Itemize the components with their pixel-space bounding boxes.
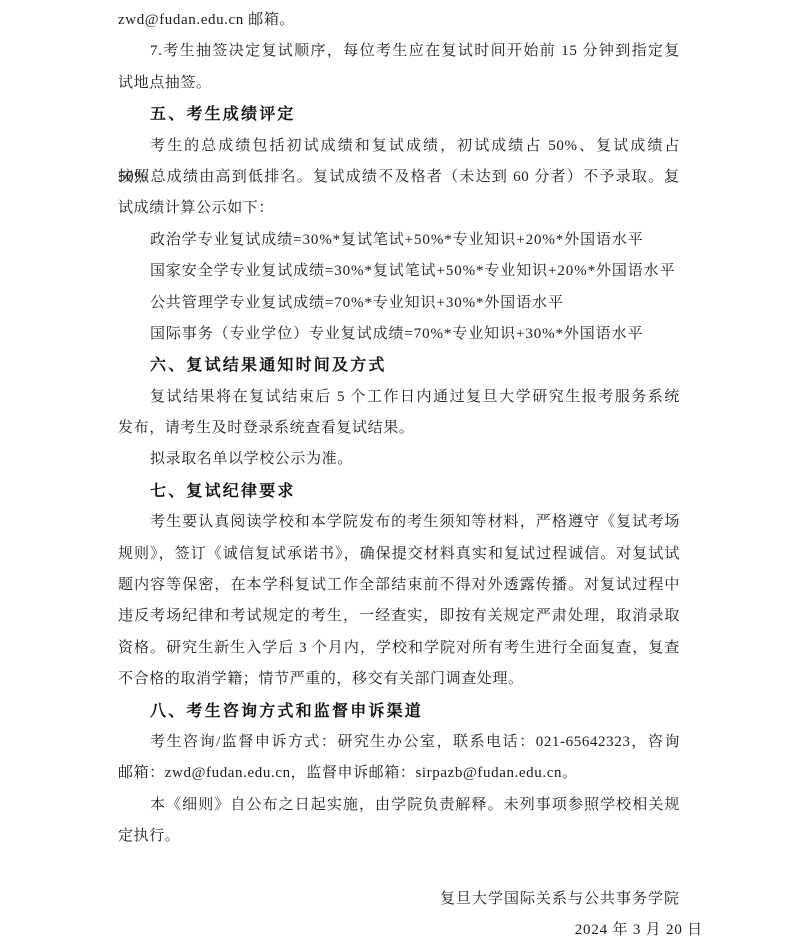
document-page: zwd@fudan.edu.cn 邮箱。 7.考生抽签决定复试顺序，每位考生应在… (0, 0, 799, 951)
paragraph-line: 考生要认真阅读学校和本学院发布的考生须知等材料，严格遵守《复试考场 (118, 507, 680, 538)
paragraph-line: 题内容等保密，在本学科复试工作全部结束前不得对外透露传播。对复试过程中 (118, 570, 680, 601)
paragraph-continuation-line: 不合格的取消学籍；情节严重的，移交有关部门调查处理。 (118, 664, 680, 695)
paragraph-continuation-line: 定执行。 (118, 821, 680, 852)
paragraph-line: 拟录取名单以学校公示为准。 (118, 444, 680, 475)
paragraph-line: 资格。研究生新生入学后 3 个月内，学校和学院对所有考生进行全面复查，复查 (118, 633, 680, 664)
paragraph-line: 考生的总成绩包括初试成绩和复试成绩，初试成绩占 50%、复试成绩占 50%。 (118, 131, 680, 162)
contact-emails-line: 邮箱：zwd@fudan.edu.cn，监督申诉邮箱：sirpazb@fudan… (118, 758, 680, 789)
paragraph-continuation-line: 发布，请考生及时登录系统查看复试结果。 (118, 413, 680, 444)
paragraph-continuation-line: 试成绩计算公示如下： (118, 193, 680, 224)
heading-section-8: 八、考生咨询方式和监督申诉渠道 (118, 696, 712, 727)
paragraph-line: 规则》，签订《诚信复试承诺书》，确保提交材料真实和复试过程诚信。对复试试 (118, 539, 680, 570)
paragraph-continuation-line: zwd@fudan.edu.cn 邮箱。 (118, 5, 680, 36)
formula-national-security: 国家安全学专业复试成绩=30%*复试笔试+50%*专业知识+20%*外国语水平 (118, 256, 680, 287)
formula-politics: 政治学专业复试成绩=30%*复试笔试+50%*专业知识+20%*外国语水平 (118, 225, 680, 256)
paragraph-continuation-line: 试地点抽签。 (118, 68, 680, 99)
heading-section-6: 六、复试结果通知时间及方式 (118, 350, 712, 381)
paragraph-line: 本《细则》自公布之日起实施，由学院负责解释。未列事项参照学校相关规 (118, 790, 680, 821)
formula-international-affairs: 国际事务（专业学位）专业复试成绩=70%*专业知识+30%*外国语水平 (118, 319, 680, 350)
heading-section-7: 七、复试纪律要求 (118, 476, 712, 507)
signature-organization: 复旦大学国际关系与公共事务学院 (118, 884, 680, 915)
heading-section-5: 五、考生成绩评定 (118, 99, 712, 130)
paragraph-line: 7.考生抽签决定复试顺序，每位考生应在复试时间开始前 15 分钟到指定复 (118, 36, 680, 67)
signature-date: 2024 年 3 月 20 日 (118, 915, 703, 946)
formula-public-admin: 公共管理学专业复试成绩=70%*专业知识+30%*外国语水平 (118, 288, 680, 319)
paragraph-line: 复试结果将在复试结束后 5 个工作日内通过复旦大学研究生报考服务系统 (118, 382, 680, 413)
paragraph-line: 考生咨询/监督申诉方式：研究生办公室，联系电话：021-65642323，咨询 (118, 727, 680, 758)
paragraph-line: 按照总成绩由高到低排名。复试成绩不及格者（未达到 60 分者）不予录取。复 (118, 162, 680, 193)
paragraph-line: 违反考场纪律和考试规定的考生，一经查实，即按有关规定严肃处理，取消录取 (118, 601, 680, 632)
